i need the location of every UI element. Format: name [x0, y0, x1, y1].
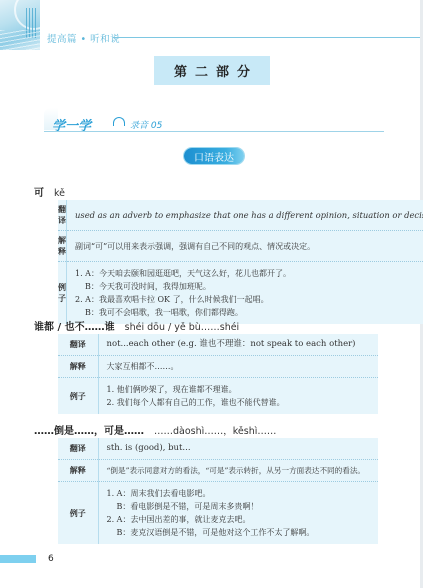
- explanation-text: 副词“可”可以用来表示强调，强调有自己不同的观点、情况或决定。: [67, 231, 423, 262]
- translation-text: used as an adverb to emphasize that one …: [67, 200, 423, 231]
- entry-table: 翻译 not...each other (e.g. 谁也不理谁：not spea…: [58, 334, 378, 414]
- table-row-examples: 例子 1. A：周末我们去看电影吧。 B：看电影倒是不错，可是周末多贵啊！ 2.…: [58, 482, 378, 545]
- examples: 1. A：今天咱去颐和园逛逛吧，天气这么好，花儿也都开了。 B：今天我可没时间，…: [67, 262, 423, 325]
- page-number: 6: [48, 554, 54, 564]
- header-divider: [113, 37, 420, 38]
- table-row-explanation: 解释 “倒是”表示同意对方的看法，“可是”表示转折，从另一方面表达不同的看法。: [58, 460, 378, 482]
- explanation-text: 大家互相都不……。: [98, 356, 378, 378]
- audio-track-label: 录音 05: [130, 118, 162, 131]
- entry-hanzi: 可: [34, 188, 44, 199]
- entry-pinyin: ……dàoshì……，kěshì……: [154, 426, 276, 437]
- entry-pinyin: shéi dōu / yě bù……shéi: [125, 322, 240, 333]
- row-label: 解释: [58, 460, 98, 482]
- row-label: 例子: [58, 482, 98, 545]
- entry-title: 谁都 / 也不……谁shéi dōu / yě bù……shéi: [34, 318, 239, 333]
- table-row-translation: 翻译 sth. is (good), but...: [58, 438, 378, 460]
- entry-hanzi: 谁都 / 也不……谁: [34, 322, 115, 333]
- row-label: 翻译: [58, 334, 98, 356]
- entry-hanzi: ……倒是……，可是……: [34, 426, 144, 437]
- entry-table: 翻译 used as an adverb to emphasize that o…: [58, 200, 423, 324]
- row-label: 例子: [58, 262, 67, 325]
- footer-accent-bar: [0, 555, 36, 563]
- entry-pinyin: kě: [54, 188, 65, 199]
- translation-text: sth. is (good), but...: [98, 438, 378, 460]
- row-label: 解释: [58, 231, 67, 262]
- header-decoration-image: [0, 0, 40, 50]
- table-row-translation: 翻译 not...each other (e.g. 谁也不理谁：not spea…: [58, 334, 378, 356]
- explanation-text: “倒是”表示同意对方的看法，“可是”表示转折，从另一方面表达不同的看法。: [98, 460, 378, 482]
- examples: 1. A：周末我们去看电影吧。 B：看电影倒是不错，可是周末多贵啊！ 2. A：…: [98, 482, 378, 545]
- headphones-icon: [113, 117, 125, 126]
- part-banner: 第二部分: [154, 56, 270, 85]
- entry-title: ……倒是……，可是…………dàoshì……，kěshì……: [34, 422, 276, 437]
- example-line: 2. A：我最喜欢唱卡拉 OK 了，什么时候我们一起唱。: [75, 293, 423, 306]
- section-divider: [44, 131, 384, 132]
- example-line: 1. A：周末我们去看电影吧。: [107, 487, 371, 500]
- translation-text: not...each other (e.g. 谁也不理谁：not speak t…: [98, 334, 378, 356]
- table-row-examples: 例子 1. 他们俩吵架了，现在谁都不理谁。 2. 我们每个人都有自己的工作，谁也…: [58, 378, 378, 415]
- row-label: 翻译: [58, 200, 67, 231]
- part-title: 第二部分: [166, 61, 258, 80]
- example-line: 1. 他们俩吵架了，现在谁都不理谁。: [107, 383, 371, 396]
- example-line: B：麦克汉语倒是不错，可是他对这个工作不太了解啊。: [107, 526, 371, 539]
- table-row-explanation: 解释 大家互相都不……。: [58, 356, 378, 378]
- example-line: 1. A：今天咱去颐和园逛逛吧，天气这么好，花儿也都开了。: [75, 267, 423, 280]
- table-row-translation: 翻译 used as an adverb to emphasize that o…: [58, 200, 423, 231]
- row-label: 例子: [58, 378, 98, 415]
- topic-pill: 口语表达: [184, 148, 244, 164]
- row-label: 解释: [58, 356, 98, 378]
- entry-title: 可kě: [34, 184, 65, 199]
- example-line: 2. A：去中国出差的事，就让麦克去吧。: [107, 513, 371, 526]
- table-row-explanation: 解释 副词“可”可以用来表示强调，强调有自己不同的观点、情况或决定。: [58, 231, 423, 262]
- example-line: B：看电影倒是不错，可是周末多贵啊！: [107, 500, 371, 513]
- book-title: 提高篇 • 听和说: [47, 31, 120, 45]
- row-label: 翻译: [58, 438, 98, 460]
- examples: 1. 他们俩吵架了，现在谁都不理谁。 2. 我们每个人都有自己的工作，谁也不能代…: [98, 378, 378, 415]
- example-line: B：今天我可没时间，我得加班呢。: [75, 280, 423, 293]
- entry-table: 翻译 sth. is (good), but... 解释 “倒是”表示同意对方的…: [58, 438, 378, 544]
- example-line: 2. 我们每个人都有自己的工作，谁也不能代替谁。: [107, 396, 371, 409]
- table-row-examples: 例子 1. A：今天咱去颐和园逛逛吧，天气这么好，花儿也都开了。 B：今天我可没…: [58, 262, 423, 325]
